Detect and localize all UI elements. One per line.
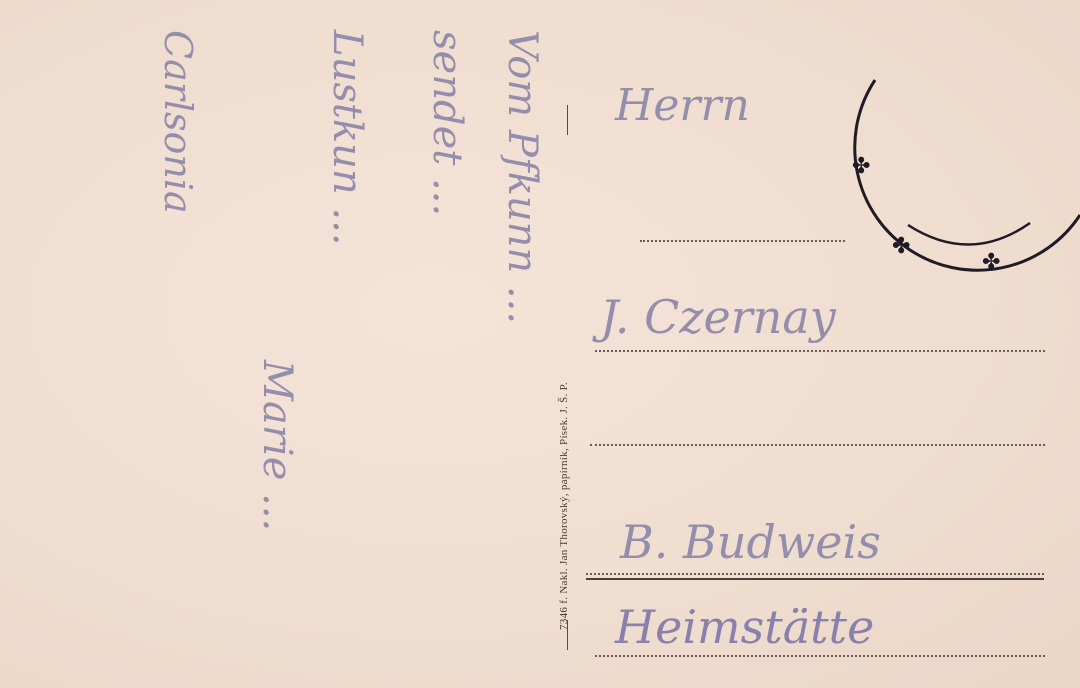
recipient-city: B. Budweis: [620, 515, 881, 569]
divider-top: [567, 105, 568, 135]
message-line-3: Lustkun ...: [324, 30, 370, 246]
address-line-4: [586, 573, 1044, 575]
address-line-3: [590, 444, 1045, 446]
publisher-imprint: 7346 f. Nakl. Jan Thorovský, papírník, P…: [558, 382, 570, 630]
postcard-back: Vom Pfkunn ... sendet ... Lustkun ... Ma…: [0, 0, 1080, 688]
message-line-4: Marie ...: [254, 360, 300, 531]
city-underline: [586, 578, 1044, 580]
message-line-1: Vom Pfkunn ...: [499, 30, 545, 324]
message-line-5: Carlsonia: [156, 30, 200, 214]
svg-text:✤: ✤: [892, 233, 910, 258]
address-line-1: [640, 240, 845, 242]
recipient-street: Heimstätte: [615, 600, 874, 654]
address-line-5: [595, 655, 1045, 657]
svg-text:✤: ✤: [982, 249, 1000, 274]
svg-text:✤: ✤: [852, 153, 870, 178]
address-line-2: [595, 350, 1045, 352]
postmark-icon: ✤ ✤ ✤: [840, 75, 1080, 287]
salutation: Herrn: [615, 80, 750, 131]
divider-bottom: [567, 620, 568, 650]
message-line-2: sendet ...: [424, 30, 470, 216]
recipient-name: J. Czernay: [600, 290, 836, 344]
